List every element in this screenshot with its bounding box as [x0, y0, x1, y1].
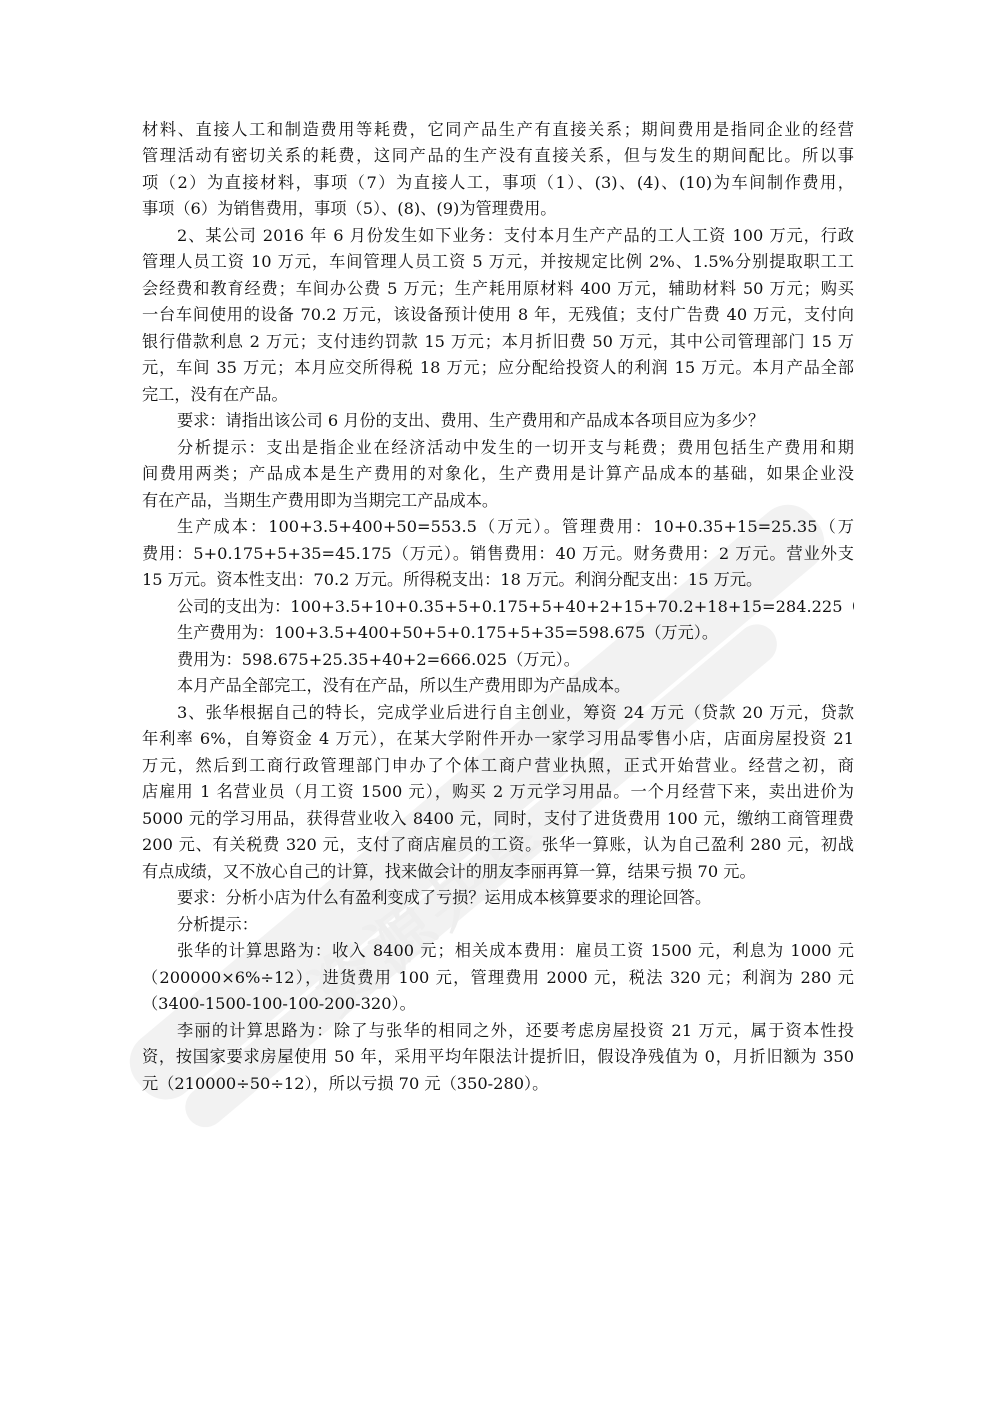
text-line: 5000 元的学习用品，获得营业收入 8400 元，同时，支付了进货费用 100…	[142, 806, 854, 832]
text-line: 事项（6）为销售费用，事项（5）、(8)、(9)为管理费用。	[142, 196, 854, 222]
text-line: 要求：请指出该公司 6 月份的支出、费用、生产费用和产品成本各项目应为多少？	[177, 408, 854, 434]
text-line: 材料、直接人工和制造费用等耗费，它同产品生产有直接关系；期间费用是指同企业的经营	[142, 117, 854, 143]
text-line: 银行借款利息 2 万元；支付违约罚款 15 万元；本月折旧费 50 万元，其中公…	[142, 329, 854, 355]
text-line: 有在产品，当期生产费用即为当期完工产品成本。	[142, 488, 854, 514]
text-line: 费用为：598.675+25.35+40+2=666.025（万元）。	[177, 647, 854, 673]
text-line: （3400-1500-100-100-200-320）。	[142, 991, 854, 1017]
text-line: 资，按国家要求房屋使用 50 年，采用平均年限法计提折旧，假设净残值为 0，月折…	[142, 1044, 854, 1070]
text-line: （200000×6%÷12），进货费用 100 元，管理费用 2000 元，税法…	[142, 965, 854, 991]
text-line: 万元，然后到工商行政管理部门申办了个体工商户营业执照，正式开始营业。经营之初，商	[142, 753, 854, 779]
text-line: 元，车间 35 万元；本月应交所得税 18 万元；应分配给投资人的利润 15 万…	[142, 355, 854, 381]
text-line: 公司的支出为：100+3.5+10+0.35+5+0.175+5+40+2+15…	[177, 594, 854, 620]
text-line: 管理人员工资 10 万元，车间管理人员工资 5 万元，并按规定比例 2%、1.5…	[142, 249, 854, 275]
text-line: 年利率 6%，自筹资金 4 万元），在某大学附件开办一家学习用品零售小店，店面房…	[142, 726, 854, 752]
text-line: 15 万元。资本性支出：70.2 万元。所得税支出：18 万元。利润分配支出：1…	[142, 567, 854, 593]
text-line: 要求：分析小店为什么有盈利变成了亏损？运用成本核算要求的理论回答。	[177, 885, 854, 911]
text-line: 李丽的计算思路为：除了与张华的相同之外，还要考虑房屋投资 21 万元，属于资本性…	[177, 1018, 854, 1044]
text-line: 生产费用为：100+3.5+400+50+5+0.175+5+35=598.67…	[177, 620, 854, 646]
text-line: 项（2）为直接材料，事项（7）为直接人工，事项（1）、(3)、(4)、(10)为…	[142, 170, 854, 196]
text-line: 费用：5+0.175+5+35=45.175（万元）。销售费用：40 万元。财务…	[142, 541, 854, 567]
text-line: 管理活动有密切关系的耗费，这同产品的生产没有直接关系，但与发生的期间配比。所以事	[142, 143, 854, 169]
text-line: 分析提示：支出是指企业在经济活动中发生的一切开支与耗费；费用包括生产费用和期	[177, 435, 854, 461]
text-line: 生产成本：100+3.5+400+50=553.5（万元）。管理费用：10+0.…	[177, 514, 854, 540]
text-line: 本月产品全部完工，没有在产品，所以生产费用即为产品成本。	[177, 673, 854, 699]
text-line: 有点成绩，又不放心自己的计算，找来做会计的朋友李丽再算一算，结果亏损 70 元。	[142, 859, 854, 885]
text-line: 200 元、有关税费 320 元，支付了商店雇员的工资。张华一算账，认为自己盈利…	[142, 832, 854, 858]
text-line: 2、某公司 2016 年 6 月份发生如下业务：支付本月生产产品的工人工资 10…	[177, 223, 854, 249]
text-line: 元（210000÷50÷12），所以亏损 70 元（350-280）。	[142, 1071, 854, 1097]
text-line: 完工，没有在产品。	[142, 382, 854, 408]
text-line: 一台车间使用的设备 70.2 万元，该设备预计使用 8 年，无残值；支付广告费 …	[142, 302, 854, 328]
text-line: 店雇用 1 名营业员（月工资 1500 元），购买 2 万元学习用品。一个月经营…	[142, 779, 854, 805]
text-line: 间费用两类；产品成本是生产费用的对象化，生产费用是计算产品成本的基础，如果企业没	[142, 461, 854, 487]
text-line: 张华的计算思路为：收入 8400 元；相关成本费用：雇员工资 1500 元，利息…	[177, 938, 854, 964]
document-page: 资源共享 材料、直接人工和制造费用等耗费，它同产品生产有直接关系；期间费用是指同…	[0, 0, 993, 1404]
text-line: 3、张华根据自己的特长，完成学业后进行自主创业，筹资 24 万元（贷款 20 万…	[177, 700, 854, 726]
text-line: 会经费和教育经费；车间办公费 5 万元；生产耗用原材料 400 万元，辅助材料 …	[142, 276, 854, 302]
text-line: 分析提示：	[177, 912, 854, 938]
